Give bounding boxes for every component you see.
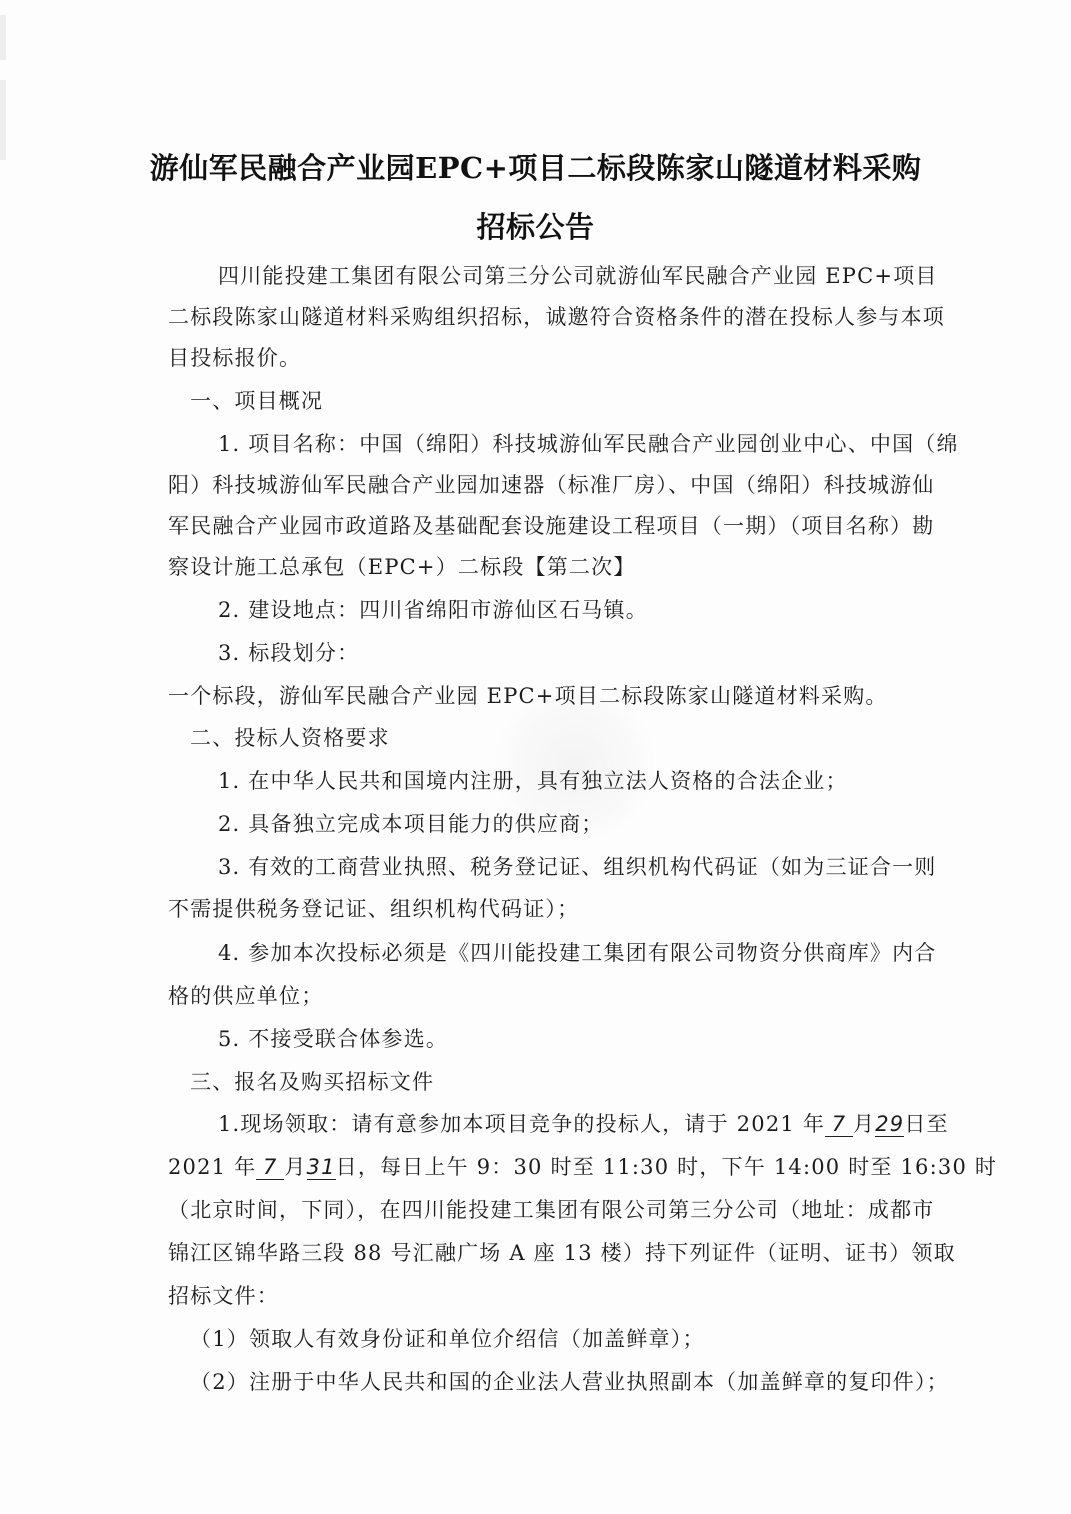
list-item: 5. 不接受联合体参选。 bbox=[218, 1023, 963, 1053]
sub-item: （2）注册于中华人民共和国的企业法人营业执照副本（加盖鲜章的复印件）； bbox=[190, 1366, 935, 1396]
sub-item: （1）领取人有效身份证和单位介绍信（加盖鲜章）； bbox=[190, 1323, 935, 1353]
list-item-detail: 一个标段，游仙军民融合产业园 EPC+项目二标段陈家山隧道材料采购。 bbox=[168, 680, 913, 710]
list-item-line: 招标文件： bbox=[168, 1280, 913, 1310]
list-item-line: 锦江区锦华路三段 88 号汇融广场 A 座 13 楼）持下列证件（证明、证书）领… bbox=[168, 1237, 913, 1267]
text: 日至 bbox=[904, 1112, 948, 1136]
intro-line: 四川能投建工集团有限公司第三分公司就游仙军民融合产业园 EPC+项目 bbox=[218, 260, 963, 290]
list-item: 2. 建设地点：四川省绵阳市游仙区石马镇。 bbox=[218, 594, 963, 624]
intro-line: 二标段陈家山隧道材料采购组织招标，诚邀符合资格条件的潜在投标人参与本项 bbox=[168, 301, 913, 331]
document-page: 游仙军民融合产业园EPC+项目二标段陈家山隧道材料采购 招标公告 四川能投建工集… bbox=[0, 0, 1071, 1514]
list-item: 1. 在中华人民共和国境内注册，具有独立法人资格的合法企业； bbox=[218, 765, 963, 795]
handwritten-start-month: 7 bbox=[825, 1112, 853, 1137]
list-item-line: 阳）科技城游仙军民融合产业园加速器（标准厂房）、中国（绵阳）科技城游仙 bbox=[168, 469, 913, 499]
list-item-line: 3. 有效的工商营业执照、税务登记证、组织机构代码证（如为三证合一则 bbox=[218, 851, 963, 881]
text: 月 bbox=[284, 1155, 306, 1179]
section-heading: 二、投标人资格要求 bbox=[190, 722, 935, 752]
doc-title-line2: 招标公告 bbox=[0, 205, 1071, 246]
section-heading: 一、项目概况 bbox=[190, 385, 935, 415]
section-heading: 三、报名及购买招标文件 bbox=[190, 1066, 935, 1096]
text: 1.现场领取：请有意参加本项目竞争的投标人，请于 2021 年 bbox=[218, 1112, 825, 1136]
handwritten-start-day: 29 bbox=[875, 1112, 904, 1137]
text: 2021 年 bbox=[168, 1155, 256, 1179]
handwritten-end-month: 7 bbox=[256, 1155, 284, 1180]
doc-title-line1: 游仙军民融合产业园EPC+项目二标段陈家山隧道材料采购 bbox=[0, 146, 1071, 187]
list-item: 3. 标段划分： bbox=[218, 637, 963, 667]
list-item-line: 4. 参加本次投标必须是《四川能投建工集团有限公司物资分供商库》内合 bbox=[218, 937, 963, 967]
list-item-line: 2021 年7月31日，每日上午 9：30 时至 11:30 时，下午 14:0… bbox=[168, 1151, 913, 1181]
text: 月 bbox=[853, 1112, 875, 1136]
list-item-line: （北京时间，下同），在四川能投建工集团有限公司第三分公司（地址：成都市 bbox=[168, 1194, 913, 1224]
list-item-line: 1. 项目名称：中国（绵阳）科技城游仙军民融合产业园创业中心、中国（绵 bbox=[218, 428, 963, 458]
intro-line: 目投标报价。 bbox=[168, 342, 913, 372]
list-item-line: 1.现场领取：请有意参加本项目竞争的投标人，请于 2021 年7月29日至 bbox=[218, 1108, 963, 1138]
list-item-line: 察设计施工总承包（EPC+）二标段【第二次】 bbox=[168, 551, 913, 581]
list-item-line: 军民融合产业园市政道路及基础配套设施建设工程项目（一期）（项目名称）勘 bbox=[168, 510, 913, 540]
text: 日，每日上午 9：30 时至 11:30 时，下午 14:00 时至 16:30… bbox=[336, 1155, 997, 1179]
list-item: 2. 具备独立完成本项目能力的供应商； bbox=[218, 808, 963, 838]
scan-edge-mark bbox=[0, 15, 6, 60]
list-item-line: 不需提供税务登记证、组织机构代码证）； bbox=[168, 893, 913, 923]
list-item-line: 格的供应单位； bbox=[168, 980, 913, 1010]
handwritten-end-day: 31 bbox=[307, 1155, 336, 1180]
